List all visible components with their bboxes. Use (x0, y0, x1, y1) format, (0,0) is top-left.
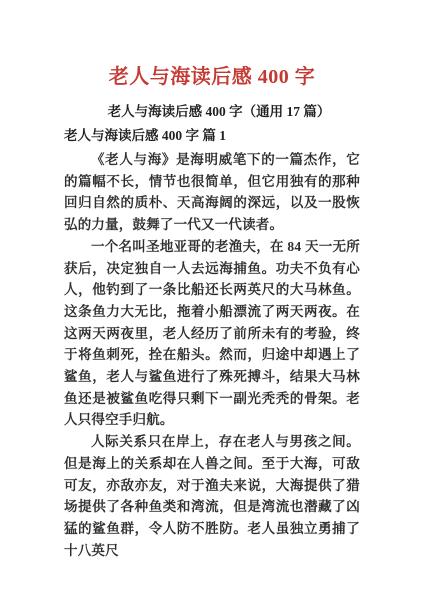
section-heading: 老人与海读后感 400 字 篇 1 (64, 127, 360, 144)
paragraph-relationships: 人际关系只在岸上，存在老人与男孩之间。但是海上的关系却在人兽之间。至于大海，可敌… (64, 431, 360, 561)
document-title: 老人与海读后感 400 字 (64, 64, 360, 90)
paragraph-story: 一个名叫圣地亚哥的老渔夫，在 84 天一无所获后，决定独自一人去远海捕鱼。功夫不… (64, 236, 360, 431)
paragraph-intro: 《老人与海》是海明威笔下的一篇杰作，它的篇幅不长，情节也很简单，但它用独有的那种… (64, 149, 360, 236)
document-subtitle: 老人与海读后感 400 字（通用 17 篇） (64, 103, 360, 120)
document-body: 《老人与海》是海明威笔下的一篇杰作，它的篇幅不长，情节也很简单，但它用独有的那种… (64, 149, 360, 561)
document-page: 老人与海读后感 400 字 老人与海读后感 400 字（通用 17 篇） 老人与… (0, 0, 424, 600)
